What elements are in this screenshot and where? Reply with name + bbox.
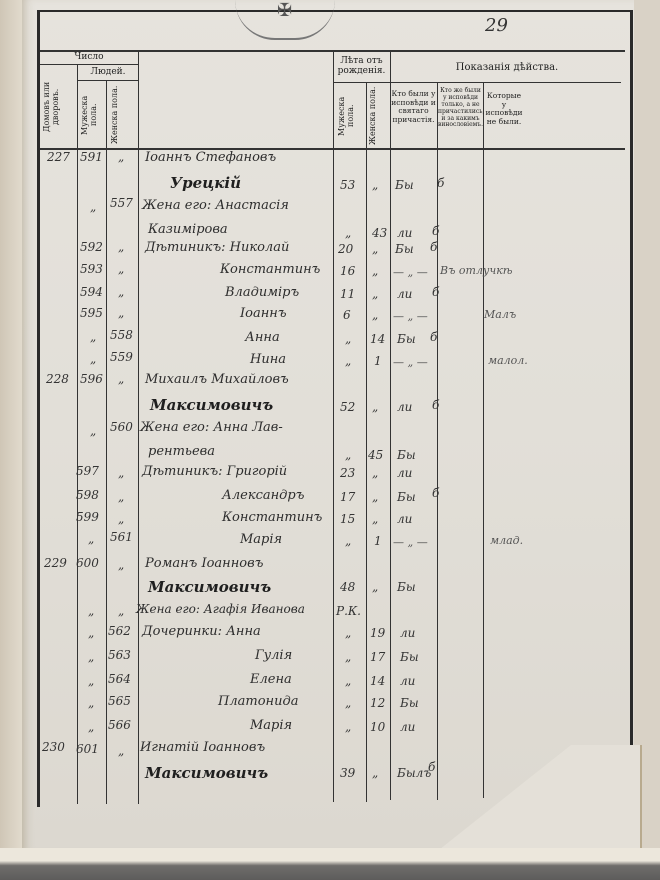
person-surname: Максимовичъ xyxy=(145,764,268,782)
age-male: 6 xyxy=(343,308,351,322)
age-female: 45 xyxy=(368,448,383,462)
age-female: 12 xyxy=(370,696,385,710)
male-number: „ xyxy=(88,696,94,710)
person-name: Іоаннъ xyxy=(240,306,287,321)
person-name: Іоаннъ Стефановъ xyxy=(145,150,276,165)
age-female: 43 xyxy=(372,226,387,240)
count-subrule xyxy=(40,64,138,65)
age-male: 16 xyxy=(340,264,355,278)
male-number: 595 xyxy=(80,306,103,320)
female-number: „ xyxy=(118,490,124,504)
confession-status: ли xyxy=(400,626,415,640)
age-female: „ xyxy=(372,308,378,322)
male-number: 591 xyxy=(80,150,103,164)
header-age-female: Женска пола. xyxy=(368,86,388,146)
age-female: „ xyxy=(372,178,378,192)
confession-status: ли xyxy=(400,674,415,688)
male-number: 598 xyxy=(76,488,99,502)
col-line-age-female xyxy=(390,50,391,800)
person-name: Дѣтиникъ: Николай xyxy=(145,240,289,255)
age-male: „ xyxy=(345,626,351,640)
people-subrule xyxy=(78,80,138,81)
confession-status: Бы xyxy=(395,178,414,192)
absence-note: млад. xyxy=(490,534,523,547)
age-male: 23 xyxy=(340,466,355,480)
confession-status: Бы xyxy=(400,650,419,664)
age-male: „ xyxy=(345,448,351,462)
age-male: „ xyxy=(345,332,351,346)
age-female: „ xyxy=(372,512,378,526)
person-name: Марія xyxy=(250,718,292,733)
confession-status: ли xyxy=(397,512,412,526)
female-number: „ xyxy=(118,306,124,320)
confession-status: — „ — xyxy=(393,536,428,549)
confession-mark: б xyxy=(430,330,437,344)
male-number: „ xyxy=(90,352,96,366)
folio-number: 29 xyxy=(485,15,508,36)
header-conf-col2: Кто же были у исповѣди только, а не прич… xyxy=(438,88,483,129)
person-name: Марія xyxy=(240,532,282,547)
age-female: 1 xyxy=(374,354,382,368)
age-female: 1 xyxy=(374,534,382,548)
house-number: 228 xyxy=(46,372,69,386)
female-number: 558 xyxy=(110,328,133,342)
male-number: 593 xyxy=(80,262,103,276)
age-female: 10 xyxy=(370,720,385,734)
desk-surface xyxy=(0,848,660,880)
confession-mark: б xyxy=(432,486,439,500)
col-line-conf2 xyxy=(483,82,484,798)
age-male: 11 xyxy=(340,287,355,301)
age-male: „ xyxy=(345,674,351,688)
female-number: „ xyxy=(118,150,124,164)
confession-status: — „ — xyxy=(393,356,428,369)
confession-status: Бы xyxy=(397,332,416,346)
female-number: 562 xyxy=(108,624,131,638)
confession-status: ли xyxy=(400,720,415,734)
age-confession-subrule xyxy=(333,82,621,83)
age-male: „ xyxy=(345,226,351,240)
person-name: Елена xyxy=(250,672,292,687)
female-number: „ xyxy=(118,512,124,526)
male-number: 601 xyxy=(76,742,99,756)
confession-mark: б xyxy=(437,176,444,190)
person-name: Константинъ xyxy=(222,510,322,525)
person-name: Романъ Іоанновъ xyxy=(145,556,263,571)
male-number: 594 xyxy=(80,285,103,299)
confession-status: ли xyxy=(397,226,412,240)
confession-mark: б xyxy=(432,398,439,412)
confession-status: ли xyxy=(397,400,412,414)
confession-mark: б xyxy=(430,240,437,254)
absence-note: Малъ xyxy=(484,308,516,321)
female-number: „ xyxy=(118,558,124,572)
age-male: 53 xyxy=(340,178,355,192)
confession-status: Бы xyxy=(395,242,414,256)
age-male: „ xyxy=(345,354,351,368)
male-number: 600 xyxy=(76,556,99,570)
person-surname: Максимовичъ xyxy=(148,578,271,596)
female-number: „ xyxy=(118,240,124,254)
double-headed-eagle-icon: ✠ xyxy=(277,0,292,21)
header-households: Домовъ или дворовъ. xyxy=(42,68,76,146)
header-conf-col3: Которые у исповѣди не были. xyxy=(484,92,524,127)
age-female: 14 xyxy=(370,332,385,346)
absence-note: Въ отлучкѣ xyxy=(440,264,512,277)
female-number: „ xyxy=(118,604,124,618)
male-number: „ xyxy=(90,424,96,438)
col-line-female xyxy=(138,50,139,804)
age-male: „ xyxy=(345,534,351,548)
confession-status: Бы xyxy=(397,448,416,462)
female-number: „ xyxy=(118,744,124,758)
male-number: „ xyxy=(88,604,94,618)
col-line-name xyxy=(333,50,334,802)
header-age-male: Мужеска пола. xyxy=(337,86,363,146)
person-name: Анна xyxy=(245,330,280,345)
confession-status: — „ — xyxy=(393,310,428,323)
age-male: 39 xyxy=(340,766,355,780)
col-line-male xyxy=(106,80,107,804)
age-male: „ xyxy=(345,696,351,710)
confession-mark: б xyxy=(432,224,439,238)
person-surname: Урецкій xyxy=(170,174,241,192)
house-number: 227 xyxy=(47,150,70,164)
age-female: „ xyxy=(372,766,378,780)
female-number: 565 xyxy=(108,694,131,708)
age-female: „ xyxy=(372,580,378,594)
confession-status: Былъ xyxy=(397,766,431,780)
female-number: 560 xyxy=(110,420,133,434)
female-number: 561 xyxy=(110,530,133,544)
male-number: „ xyxy=(90,200,96,214)
female-number: „ xyxy=(118,285,124,299)
age-male: 48 xyxy=(340,580,355,594)
house-number: 230 xyxy=(42,740,65,754)
person-name: Нина xyxy=(250,352,286,367)
age-male: 52 xyxy=(340,400,355,414)
header-female-count: Женска пола. xyxy=(110,84,134,146)
confession-status: — „ — xyxy=(393,266,428,279)
age-female: „ xyxy=(372,490,378,504)
col-line-age-male xyxy=(366,82,367,802)
male-number: 597 xyxy=(76,464,99,478)
female-number: „ xyxy=(118,466,124,480)
male-number: 596 xyxy=(80,372,103,386)
header-conf-col1: Кто были у исповѣди и святаго причастія. xyxy=(391,90,436,125)
person-name: Константинъ xyxy=(220,262,320,277)
age-male: „ xyxy=(345,720,351,734)
person-name: Жена его: Анастасія xyxy=(142,198,289,213)
age-male: 15 xyxy=(340,512,355,526)
header-male-count: Мужеска пола. xyxy=(80,84,104,146)
age-male: Р.К. xyxy=(336,604,361,618)
person-surname: Максимовичъ xyxy=(150,396,273,414)
header-count: Число xyxy=(40,52,138,62)
confession-status: ли xyxy=(397,287,412,301)
female-number: 563 xyxy=(108,648,131,662)
confession-status: Бы xyxy=(397,490,416,504)
age-male: „ xyxy=(345,650,351,664)
person-name: Гулія xyxy=(255,648,292,663)
confession-status: ли xyxy=(397,466,412,480)
absence-note: малол. xyxy=(488,354,528,367)
age-female: „ xyxy=(372,400,378,414)
male-number: „ xyxy=(88,650,94,664)
age-female: 17 xyxy=(370,650,385,664)
age-female: 14 xyxy=(370,674,385,688)
confession-mark: б xyxy=(432,285,439,299)
person-name: Дочеринки: Анна xyxy=(142,624,261,639)
header-confession: Показанія дѣйства. xyxy=(391,62,623,74)
age-female: „ xyxy=(372,466,378,480)
male-number: „ xyxy=(88,674,94,688)
female-number: „ xyxy=(118,262,124,276)
confession-mark: б xyxy=(428,760,435,774)
female-number: 559 xyxy=(110,350,133,364)
col-line-households xyxy=(77,64,78,804)
male-number: 592 xyxy=(80,240,103,254)
person-name: Михаилъ Михайловъ xyxy=(145,372,289,387)
confession-status: Бы xyxy=(397,580,416,594)
age-female: 19 xyxy=(370,626,385,640)
age-female: „ xyxy=(372,264,378,278)
house-number: 229 xyxy=(44,556,67,570)
person-name: Жена его: Анна Лав- xyxy=(140,420,283,435)
male-number: „ xyxy=(88,720,94,734)
male-number: 599 xyxy=(76,510,99,524)
male-number: „ xyxy=(88,626,94,640)
header-age: Лѣта отъ рожденія. xyxy=(333,56,390,77)
person-name: Дѣтиникъ: Григорій xyxy=(142,464,287,479)
person-name: Игнатій Іоанновъ xyxy=(140,740,265,755)
person-name: Владиміръ xyxy=(225,285,299,300)
person-name: Жена его: Агафія Иванова xyxy=(136,602,305,616)
male-number: „ xyxy=(88,532,94,546)
person-surname: Казимірова xyxy=(148,222,228,237)
person-surname: рентьева xyxy=(148,444,215,459)
age-male: 17 xyxy=(340,490,355,504)
age-female: „ xyxy=(372,287,378,301)
male-number: „ xyxy=(90,330,96,344)
female-number: 564 xyxy=(108,672,131,686)
female-number: 557 xyxy=(110,196,133,210)
female-number: „ xyxy=(118,372,124,386)
person-name: Александръ xyxy=(222,488,304,503)
header-people: Людей. xyxy=(78,67,138,77)
female-number: 566 xyxy=(108,718,131,732)
age-female: „ xyxy=(372,242,378,256)
confession-status: Бы xyxy=(400,696,419,710)
age-male: 20 xyxy=(338,242,353,256)
person-name: Платонида xyxy=(218,694,298,709)
